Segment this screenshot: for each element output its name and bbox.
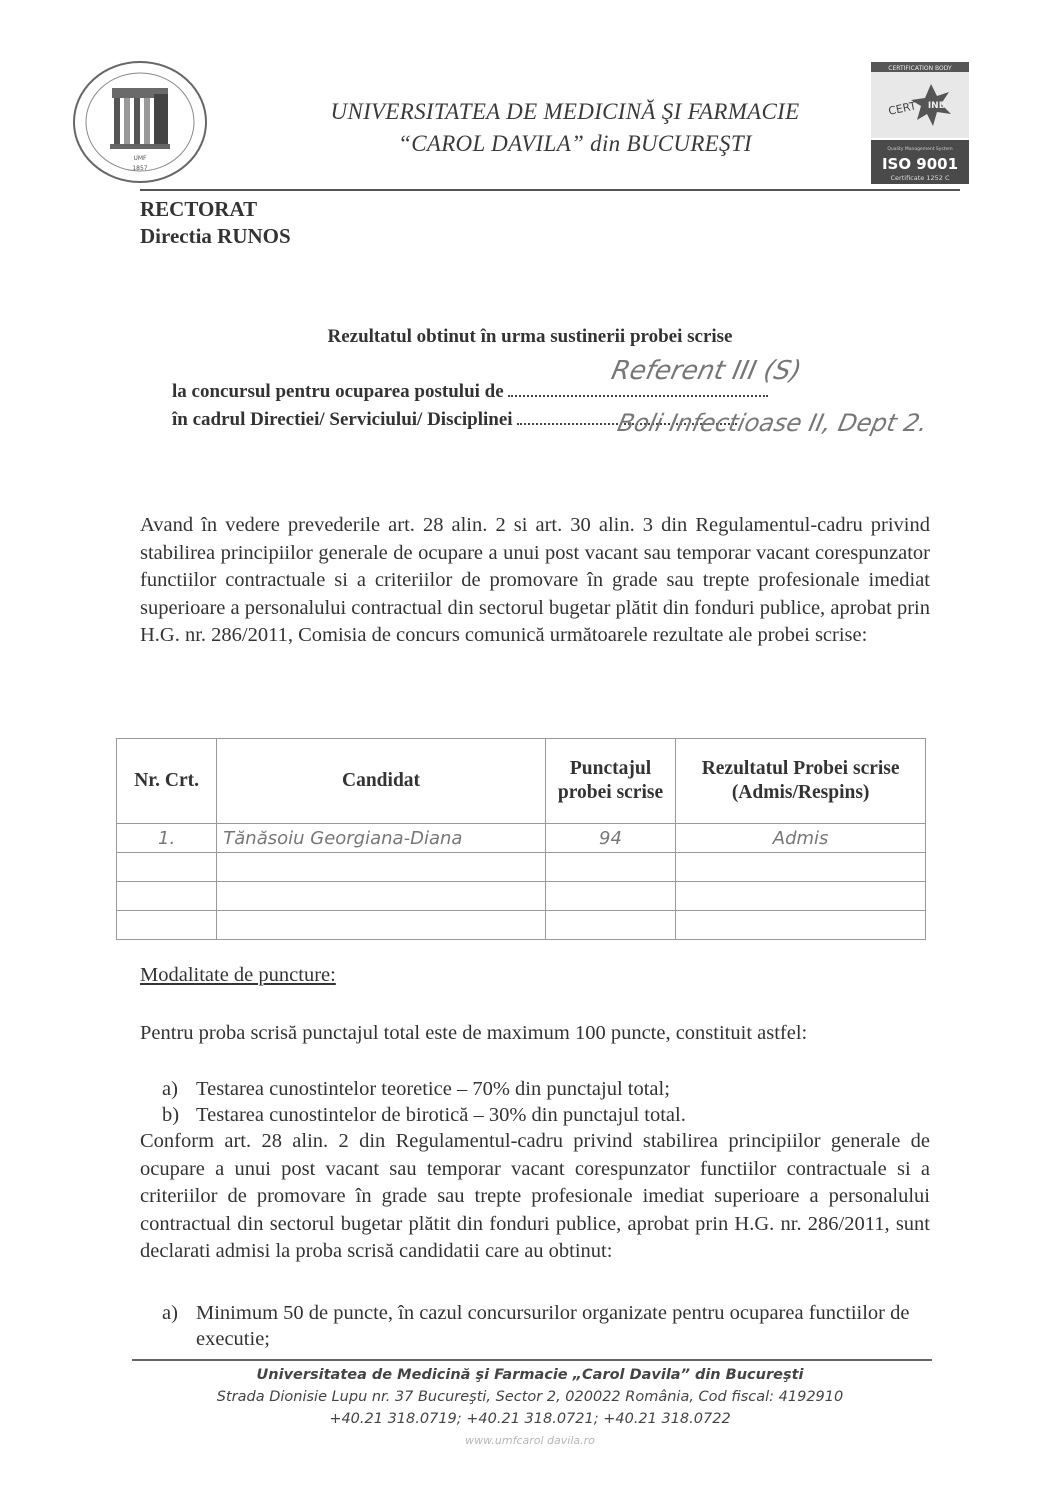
university-seal-logo: UMF 1857 (70, 60, 210, 185)
candidate-name (217, 911, 546, 940)
footer-phones: +40.21 318.0719; +40.21 318.0721; +40.21… (0, 1408, 1060, 1430)
header-nr-crt: Nr. Crt. (117, 739, 217, 824)
row-number (117, 882, 217, 911)
candidate-name (217, 853, 546, 882)
document-title: Rezultatul obtinut în urma sustinerii pr… (0, 326, 1060, 348)
svg-text:CERTIFICATION BODY: CERTIFICATION BODY (888, 65, 952, 72)
scoring-heading: Modalitate de puncture: (140, 964, 336, 987)
admission-paragraph: Conform art. 28 alin. 2 din Regulamentul… (140, 1128, 930, 1266)
seal-icon: UMF 1857 (70, 60, 210, 185)
department-handwritten-value: Boli Infectioase II, Dept 2. (615, 409, 930, 437)
list-text: Testarea cunostintelor de birotică – 30%… (196, 1102, 686, 1128)
footer-website[interactable]: www.umfcarol davila.ro (0, 1430, 1060, 1452)
candidate-name: Tănăsoiu Georgiana-Diana (217, 824, 546, 853)
candidate-result (676, 911, 926, 940)
iso-certification-badge: CERTIFICATION BODY CERT IND Quality Mana… (871, 62, 969, 184)
header-punctaj: Punctajul probei scrise (545, 739, 675, 824)
university-name-line2: “CAROL DAVILA” din BUCUREŞTI (280, 128, 850, 160)
position-handwritten-value: Referent III (S) (609, 356, 804, 386)
footer-address: Strada Dionisie Lupu nr. 37 Bucureşti, S… (0, 1386, 1060, 1408)
intro-paragraph: Avand în vedere prevederile art. 28 alin… (140, 512, 930, 650)
list-marker: b) (162, 1102, 196, 1128)
header-candidat: Candidat (217, 739, 546, 824)
list-text: Minimum 50 de puncte, în cazul concursur… (196, 1300, 932, 1352)
footer-divider (132, 1359, 932, 1361)
list-item: a) Minimum 50 de puncte, în cazul concur… (162, 1300, 932, 1352)
scoring-total-paragraph: Pentru proba scrisă punctajul total este… (140, 1020, 930, 1048)
svg-text:Certificate 1252 C: Certificate 1252 C (891, 174, 950, 182)
admission-thresholds-list: a) Minimum 50 de puncte, în cazul concur… (162, 1300, 932, 1352)
candidate-score: 94 (545, 824, 675, 853)
list-item: a) Testarea cunostintelor teoretice – 70… (162, 1076, 932, 1102)
scoring-components-list: a) Testarea cunostintelor teoretice – 70… (162, 1076, 932, 1128)
department-label: în cadrul Directiei/ Serviciului/ Discip… (172, 409, 513, 430)
footer: Universitatea de Medicină şi Farmacie „C… (0, 1364, 1060, 1452)
results-table: Nr. Crt. Candidat Punctajul probei scris… (116, 738, 926, 940)
list-marker: a) (162, 1076, 196, 1102)
row-number (117, 911, 217, 940)
header-rezultat: Rezultatul Probei scrise (Admis/Respins) (676, 739, 926, 824)
candidate-result (676, 853, 926, 882)
table-row: 1. Tănăsoiu Georgiana-Diana 94 Admis (117, 824, 926, 853)
footer-institution: Universitatea de Medicină şi Farmacie „C… (0, 1364, 1060, 1386)
list-marker: a) (162, 1300, 196, 1352)
department-block: RECTORAT Directia RUNOS (140, 196, 291, 250)
table-header-row: Nr. Crt. Candidat Punctajul probei scris… (117, 739, 926, 824)
position-label: la concursul pentru ocuparea postului de (172, 381, 504, 402)
row-number (117, 853, 217, 882)
candidate-score (545, 911, 675, 940)
candidate-score (545, 853, 675, 882)
university-name: UNIVERSITATEA DE MEDICINĂ ŞI FARMACIE “C… (280, 96, 850, 160)
svg-text:UMF: UMF (133, 155, 147, 162)
rectorat-label: RECTORAT (140, 196, 291, 223)
candidate-result: Admis (676, 824, 926, 853)
svg-text:Quality Management System: Quality Management System (887, 146, 952, 152)
table-row (117, 911, 926, 940)
candidate-score (545, 882, 675, 911)
list-text: Testarea cunostintelor teoretice – 70% d… (196, 1076, 670, 1102)
row-number: 1. (117, 824, 217, 853)
candidate-result (676, 882, 926, 911)
seal-year: 1857 (132, 165, 147, 172)
header-divider (140, 189, 960, 191)
table-row (117, 853, 926, 882)
university-name-line1: UNIVERSITATEA DE MEDICINĂ ŞI FARMACIE (280, 96, 850, 128)
list-item: b) Testarea cunostintelor de birotică – … (162, 1102, 932, 1128)
svg-text:IND: IND (928, 101, 946, 111)
candidate-name (217, 882, 546, 911)
directorate-label: Directia RUNOS (140, 223, 291, 250)
iso-standard: ISO 9001 (882, 155, 958, 173)
table-row (117, 882, 926, 911)
